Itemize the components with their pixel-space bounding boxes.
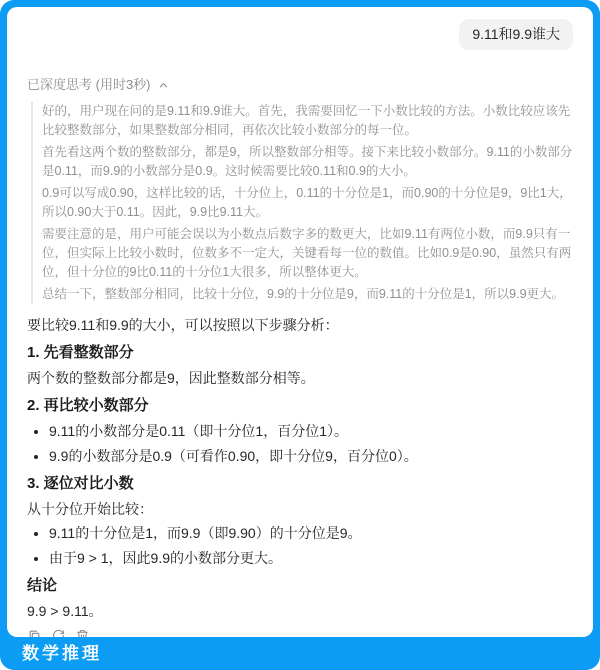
answer-intro: 要比较9.11和9.9的大小，可以按照以下步骤分析： [27,316,573,335]
footer-banner: 数学推理 [0,637,600,670]
thinking-paragraph: 首先看这两个数的整数部分，都是9，所以整数部分相等。接下来比较小数部分。9.11… [42,143,573,181]
user-message-row: 9.11和9.9谁大 [27,19,573,50]
section-paragraph: 两个数的整数部分都是9，因此整数部分相等。 [27,369,573,388]
assistant-answer: 要比较9.11和9.9的大小，可以按照以下步骤分析： 1. 先看整数部分两个数的… [27,316,573,621]
thinking-paragraph: 好的，用户现在问的是9.11和9.9谁大。首先，我需要回忆一下小数比较的方法。小… [42,102,573,140]
section-bullet-list: 9.11的十分位是1，而9.9（即9.90）的十分位是9。由于9 > 1，因此9… [27,524,573,568]
copy-button[interactable] [27,627,41,637]
user-message-bubble: 9.11和9.9谁大 [459,19,573,50]
chevron-up-icon [158,80,169,91]
thinking-paragraph: 需要注意的是，用户可能会误以为小数点后数字多的数更大，比如9.11有两位小数，而… [42,225,573,282]
section-paragraph: 9.9 > 9.11。 [27,602,573,621]
chat-card-frame: 9.11和9.9谁大 已深度思考 (用时3秒) 好的，用户现在问的是9.11和9… [0,0,600,670]
bullet-item: 9.11的十分位是1，而9.9（即9.90）的十分位是9。 [49,524,573,543]
thinking-paragraph: 总结一下，整数部分相同，比较十分位，9.9的十分位是9，而9.11的十分位是1，… [42,285,573,304]
delete-button[interactable] [75,627,89,637]
bullet-item: 9.11的小数部分是0.11（即十分位1，百分位1）。 [49,422,573,441]
regenerate-button[interactable] [51,627,65,637]
bullet-item: 由于9 > 1，因此9.9的小数部分更大。 [49,549,573,568]
section-paragraph: 从十分位开始比较： [27,500,573,519]
delete-icon [76,629,89,638]
message-toolbar [27,627,573,637]
thinking-paragraph: 0.9可以写成0.90，这样比较的话，十分位上，0.11的十分位是1，而0.90… [42,184,573,222]
section-bullet-list: 9.11的小数部分是0.11（即十分位1，百分位1）。9.9的小数部分是0.9（… [27,422,573,466]
chat-card: 9.11和9.9谁大 已深度思考 (用时3秒) 好的，用户现在问的是9.11和9… [7,7,593,637]
regenerate-icon [52,629,65,638]
thinking-block: 好的，用户现在问的是9.11和9.9谁大。首先，我需要回忆一下小数比较的方法。小… [31,102,573,304]
section-heading: 3. 逐位对比小数 [27,474,573,493]
section-heading: 1. 先看整数部分 [27,343,573,362]
deep-think-label: 已深度思考 (用时3秒) [27,76,151,94]
bullet-item: 9.9的小数部分是0.9（可看作0.90，即十分位9，百分位0）。 [49,447,573,466]
copy-icon [28,629,41,638]
section-heading: 2. 再比较小数部分 [27,396,573,415]
section-heading: 结论 [27,576,573,595]
answer-sections: 1. 先看整数部分两个数的整数部分都是9，因此整数部分相等。2. 再比较小数部分… [27,343,573,621]
footer-label: 数学推理 [22,639,102,664]
deep-think-toggle[interactable]: 已深度思考 (用时3秒) [27,76,169,94]
